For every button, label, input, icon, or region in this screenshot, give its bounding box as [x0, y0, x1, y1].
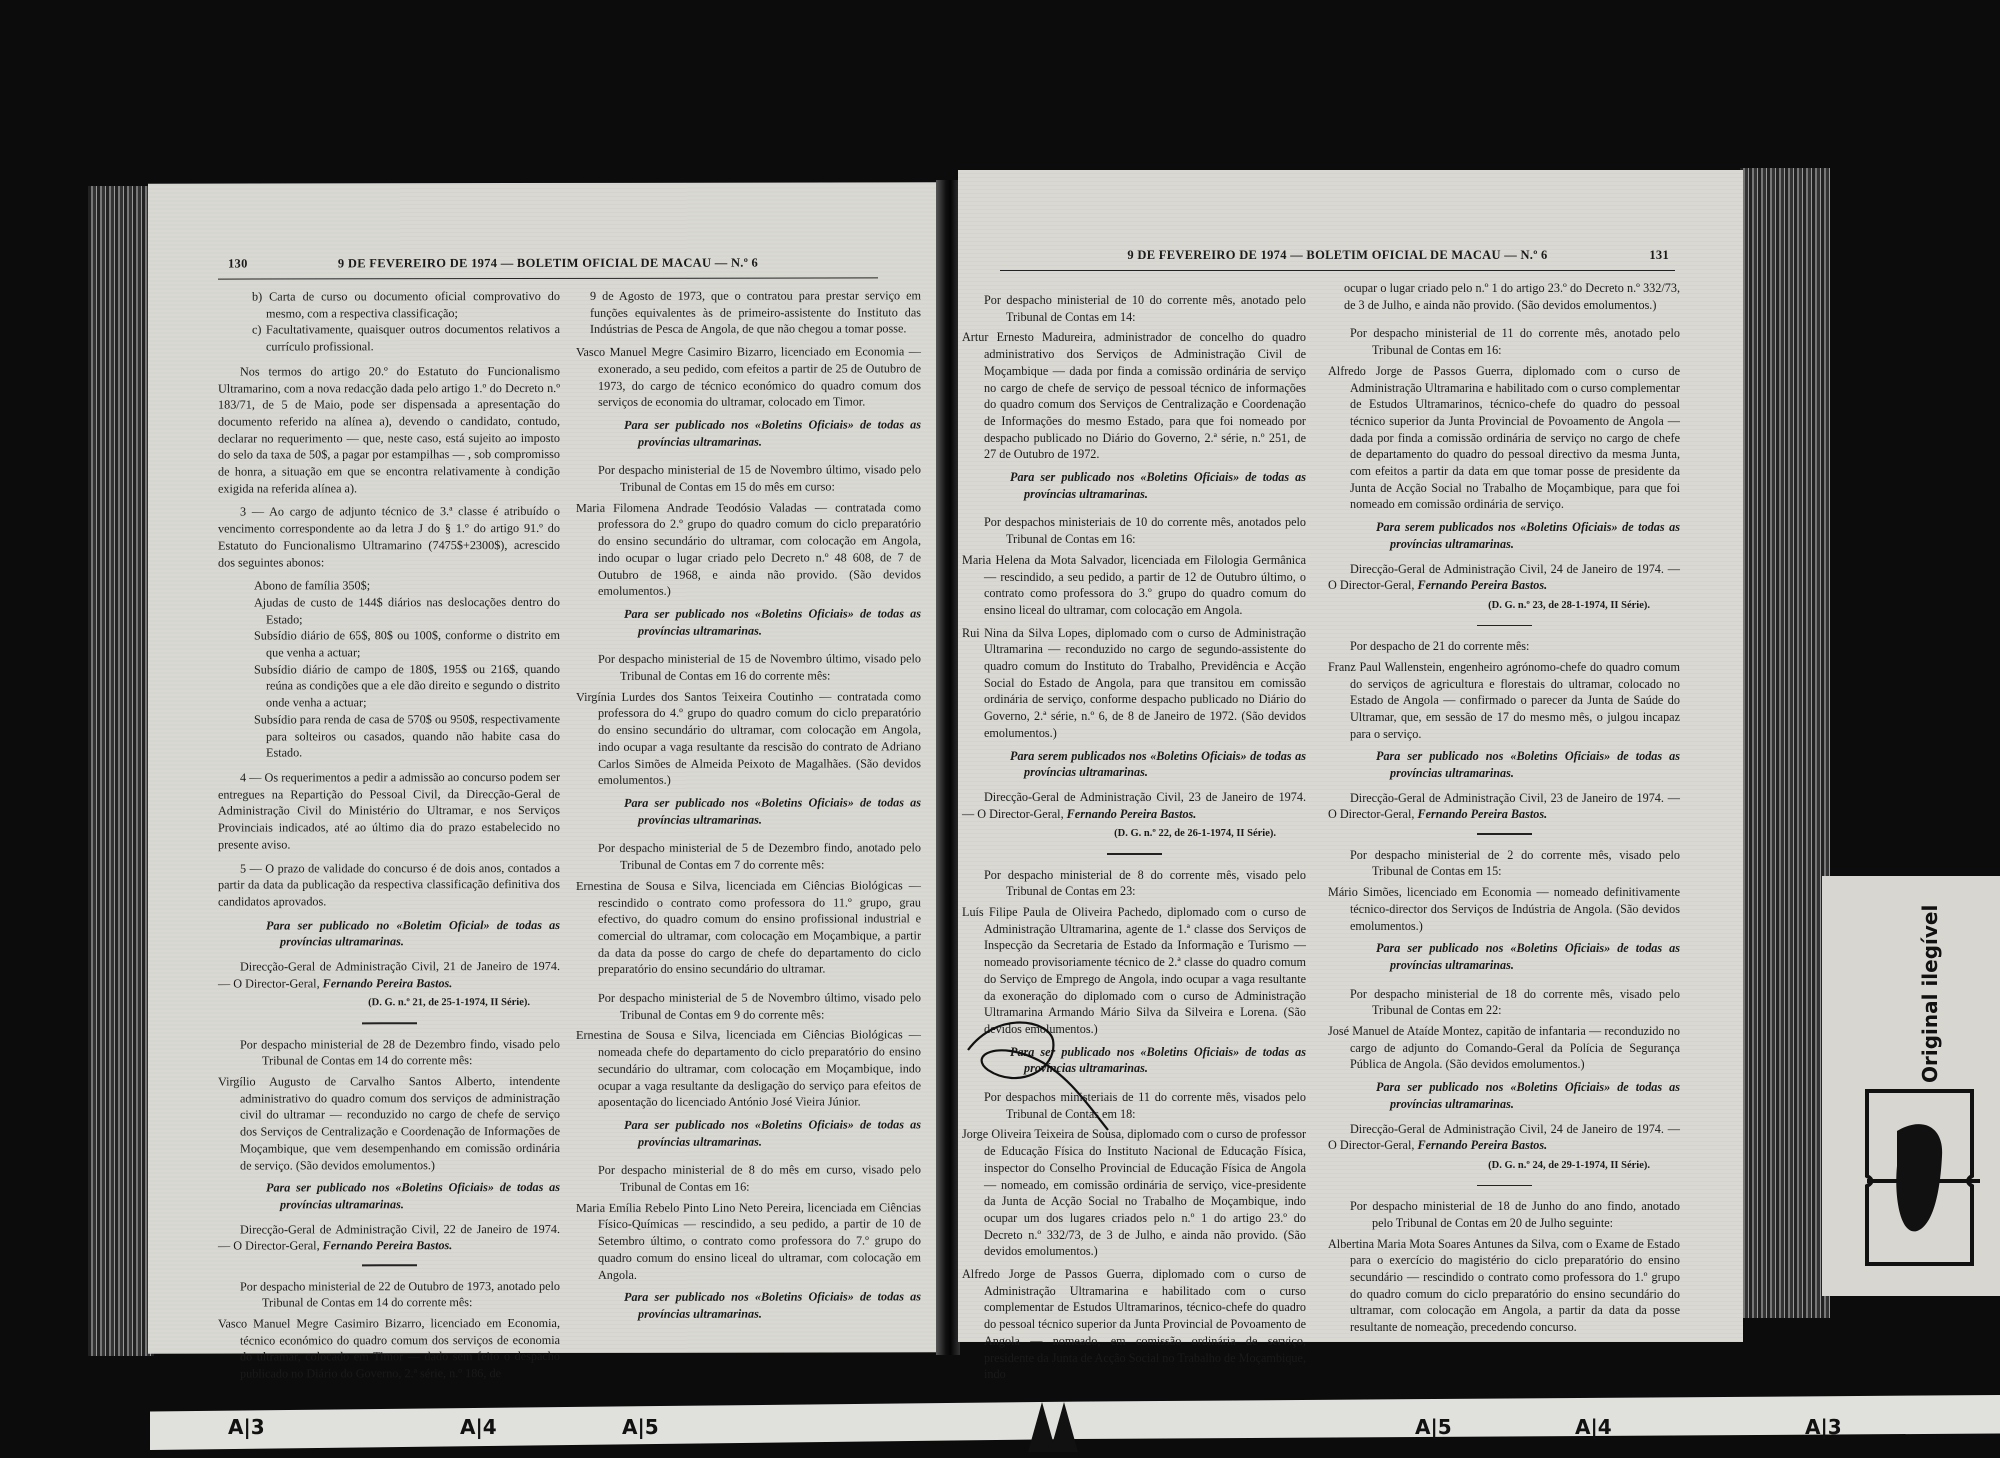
publication-note: Para ser publicado nos «Boletins Oficiai…: [576, 1289, 921, 1323]
illegible-original-stamp: Original ilegível: [1822, 876, 2000, 1296]
appointment-entry: Artur Ernesto Madureira, administrador d…: [962, 329, 1306, 463]
publication-note: Para ser publicado nos «Boletins Oficiai…: [576, 605, 921, 639]
paragraph: 4 — Os requerimentos a pedir a admissão …: [218, 769, 560, 853]
appointment-entry: Vasco Manuel Megre Casimiro Bizarro, lic…: [218, 1315, 560, 1382]
despacho-heading: Por despacho ministerial de 15 de Novemb…: [576, 651, 921, 685]
running-head-title: 9 DE FEVEREIRO DE 1974 — BOLETIM OFICIAL…: [1000, 248, 1675, 263]
paragraph: 3 — Ao cargo de adjunto técnico de 3.ª c…: [218, 503, 560, 570]
publication-note: Para ser publicado nos «Boletins Oficiai…: [1328, 940, 1680, 973]
film-marker: A|3: [1805, 1415, 1842, 1439]
continued-text: 9 de Agosto de 1973, que o contratou par…: [576, 287, 921, 338]
publication-note: Para ser publicado nos «Boletins Oficiai…: [962, 1044, 1306, 1077]
appointment-entry: Rui Nina da Silva Lopes, diplomado com o…: [962, 625, 1306, 742]
publication-note: Para ser publicado nos «Boletins Oficiai…: [1328, 748, 1680, 781]
film-marker: A|5: [1415, 1415, 1452, 1439]
publication-note: Para ser publicado nos «Boletins Oficiai…: [962, 469, 1306, 502]
appointment-entry: Virgílio Augusto de Carvalho Santos Albe…: [218, 1073, 560, 1174]
right-page-column-1: Por despacho ministerial de 10 do corren…: [962, 280, 1306, 1389]
despacho-heading: Por despacho ministerial de 5 de Novembr…: [576, 989, 921, 1023]
publication-note: Para serem publicados nos «Boletins Ofic…: [962, 748, 1306, 781]
despacho-heading: Por despacho ministerial de 10 do corren…: [962, 292, 1306, 325]
despacho-heading: Por despacho ministerial de 18 de Junho …: [1328, 1198, 1680, 1231]
despacho-heading: Por despacho ministerial de 28 de Dezemb…: [218, 1036, 560, 1070]
right-page-edges: [1740, 168, 1830, 1318]
signature: Direcção-Geral de Administração Civil, 2…: [1328, 790, 1680, 823]
publication-note: Para ser publicado nos «Boletins Oficiai…: [1328, 1079, 1680, 1112]
appointment-entry: Mário Simões, licenciado em Economia — n…: [1328, 884, 1680, 934]
list-item: Subsídio para renda de casa de 570$ ou 9…: [218, 711, 560, 762]
appointment-entry: Albertina Maria Mota Soares Antunes da S…: [1328, 1236, 1680, 1336]
despacho-heading: Por despachos ministeriais de 11 do corr…: [962, 1089, 1306, 1122]
section-divider: [362, 1264, 417, 1266]
section-divider: [1107, 853, 1162, 855]
appointment-entry: Ernestina de Sousa e Silva, licenciada e…: [576, 877, 921, 978]
book-gutter: [936, 180, 960, 1355]
appointment-entry: Maria Emília Rebelo Pinto Lino Neto Pere…: [576, 1199, 921, 1283]
section-divider: [1477, 625, 1532, 627]
diario-reference: (D. G. n.º 24, de 29-1-1974, II Série).: [1328, 1158, 1680, 1175]
stamp-label: Original ilegível: [1918, 904, 1938, 1084]
signature: Direcção-Geral de Administração Civil, 2…: [218, 1221, 560, 1255]
publication-note: Para serem publicados nos «Boletins Ofic…: [1328, 519, 1680, 552]
despacho-heading: Por despacho ministerial de 15 de Novemb…: [576, 462, 921, 496]
list-item-c: c) Facultativamente, quaisquer outros do…: [218, 321, 560, 355]
film-marker: A|4: [460, 1415, 497, 1439]
section-divider: [1477, 833, 1532, 835]
left-page-edges: [88, 186, 154, 1356]
despacho-heading: Por despacho ministerial de 2 do corrent…: [1328, 847, 1680, 880]
list-item: Subsídio diário de campo de 180$, 195$ o…: [218, 661, 560, 712]
paragraph: 5 — O prazo de validade do concurso é de…: [218, 859, 560, 910]
left-page-column-1: b) Carta de curso ou documento oficial c…: [218, 288, 560, 1388]
film-marker: A|4: [1575, 1415, 1612, 1439]
despacho-heading: Por despacho ministerial de 18 do corren…: [1328, 986, 1680, 1019]
list-item: Abono de família 350$;: [218, 577, 560, 594]
section-divider: [362, 1022, 417, 1024]
diario-reference: (D. G. n.º 21, de 25-1-1974, II Série).: [218, 995, 560, 1012]
despacho-heading: Por despachos ministeriais de 10 do corr…: [962, 514, 1306, 547]
diario-reference: (D. G. n.º 23, de 28-1-1974, II Série).: [1328, 598, 1680, 615]
appointment-entry: Alfredo Jorge de Passos Guerra, diplomad…: [1328, 363, 1680, 513]
appointment-entry: Ernestina de Sousa e Silva, licenciada e…: [576, 1027, 921, 1111]
publication-note: Para ser publicado nos «Boletins Oficiai…: [576, 416, 921, 450]
despacho-heading: Por despacho ministerial de 11 do corren…: [1328, 325, 1680, 358]
signature: Direcção-Geral de Administração Civil, 2…: [962, 789, 1306, 822]
appointment-entry: Alfredo Jorge de Passos Guerra, diplomad…: [962, 1266, 1306, 1383]
damaged-page-icon: [1862, 1086, 1987, 1271]
running-head-title: 9 DE FEVEREIRO DE 1974 — BOLETIM OFICIAL…: [218, 255, 878, 271]
left-page: 130 9 DE FEVEREIRO DE 1974 — BOLETIM OFI…: [148, 182, 938, 1353]
left-page-column-2: 9 de Agosto de 1973, que o contratou par…: [576, 287, 921, 1330]
appointment-entry: Vasco Manuel Megre Casimiro Bizarro, lic…: [576, 343, 921, 410]
center-fold-marker: [1050, 1402, 1078, 1452]
diario-reference: (D. G. n.º 22, de 26-1-1974, II Série).: [962, 826, 1306, 843]
running-head-left: 130 9 DE FEVEREIRO DE 1974 — BOLETIM OFI…: [218, 255, 878, 279]
film-marker: A|3: [228, 1415, 265, 1439]
running-head-right: 9 DE FEVEREIRO DE 1974 — BOLETIM OFICIAL…: [1000, 248, 1675, 271]
paragraph: Nos termos do artigo 20.º do Estatuto do…: [218, 363, 560, 497]
page-number: 131: [1649, 248, 1669, 263]
list-item: Subsídio diário de 65$, 80$ ou 100$, con…: [218, 627, 560, 661]
appointment-entry: Virgínia Lurdes dos Santos Teixeira Cout…: [576, 688, 921, 789]
continued-text: ocupar o lugar criado pelo n.º 1 do arti…: [1328, 280, 1680, 313]
signature: Direcção-Geral de Administração Civil, 2…: [1328, 561, 1680, 594]
appointment-entry: Franz Paul Wallenstein, engenheiro agrón…: [1328, 659, 1680, 743]
abonos-list: Abono de família 350$; Ajudas de custo d…: [218, 577, 560, 761]
publication-note: Para ser publicado nos «Boletins Oficiai…: [576, 794, 921, 828]
publication-note: Para ser publicado nos «Boletins Oficiai…: [218, 1179, 560, 1213]
appointment-entry: Luís Filipe Paula de Oliveira Pachedo, d…: [962, 904, 1306, 1038]
film-marker: A|5: [622, 1415, 659, 1439]
appointment-entry: Jorge Oliveira Teixeira de Sousa, diplom…: [962, 1126, 1306, 1260]
right-page: 9 DE FEVEREIRO DE 1974 — BOLETIM OFICIAL…: [958, 170, 1743, 1342]
right-page-column-2: ocupar o lugar criado pelo n.º 1 do arti…: [1328, 280, 1680, 1342]
despacho-heading: Por despacho de 21 do corrente mês:: [1328, 638, 1680, 655]
list-item: Ajudas de custo de 144$ diários nas desl…: [218, 594, 560, 628]
despacho-heading: Por despacho ministerial de 8 do corrent…: [962, 867, 1306, 900]
signature: Direcção-Geral de Administração Civil, 2…: [1328, 1121, 1680, 1154]
publication-note: Para ser publicado no «Boletim Oficial» …: [218, 917, 560, 951]
publication-note: Para ser publicado nos «Boletins Oficiai…: [576, 1116, 921, 1150]
list-item-b: b) Carta de curso ou documento oficial c…: [218, 288, 560, 322]
signature: Direcção-Geral de Administração Civil, 2…: [218, 958, 560, 992]
despacho-heading: Por despacho ministerial de 22 de Outubr…: [218, 1278, 560, 1312]
despacho-heading: Por despacho ministerial de 5 de Dezembr…: [576, 840, 921, 874]
appointment-entry: Maria Helena da Mota Salvador, licenciad…: [962, 552, 1306, 619]
despacho-heading: Por despacho ministerial de 8 do mês em …: [576, 1162, 921, 1196]
appointment-entry: José Manuel de Ataíde Montez, capitão de…: [1328, 1023, 1680, 1073]
appointment-entry: Maria Filomena Andrade Teodósio Valadas …: [576, 499, 921, 600]
section-divider: [1477, 1185, 1532, 1187]
